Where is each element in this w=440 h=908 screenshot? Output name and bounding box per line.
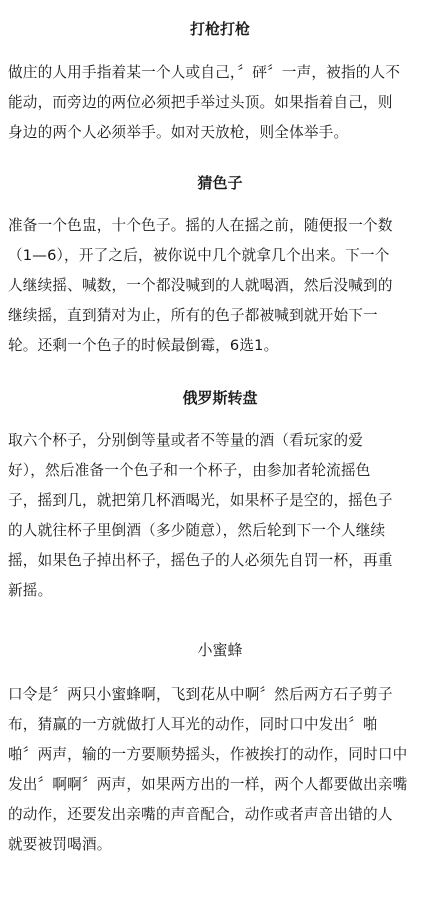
body-line: 子，摇到几，就把第几杯酒喝光，如果杯子是空的，摇色子	[8, 486, 438, 516]
section-title-shooting: 打枪打枪	[0, 19, 440, 39]
body-line: 的动作，还要发出亲嘴的声音配合，动作或者声音出错的人	[8, 800, 438, 830]
body-line: 布，猜赢的一方就做打人耳光的动作，同时口中发出〞啪	[8, 710, 438, 740]
body-line: 人继续摇、喊数，一个都没喊到的人就喝酒，然后没喊到的	[8, 271, 438, 301]
body-line: 准备一个色盅，十个色子。摇的人在摇之前，随便报一个数	[8, 211, 438, 241]
body-line: 口令是〞两只小蜜蜂啊，飞到花从中啊〞然后两方石子剪子	[8, 680, 438, 710]
body-line: 能动，而旁边的两位必须把手举过头顶。如果指着自己，则	[8, 88, 438, 118]
body-line: 啪〞两声，输的一方要顺势摇头，作被挨打的动作，同时口中	[8, 740, 438, 770]
section-body-little-bee: 口令是〞两只小蜜蜂啊，飞到花从中啊〞然后两方石子剪子 布，猜赢的一方就做打人耳光…	[8, 680, 438, 860]
body-line: 就要被罚喝酒。	[8, 830, 438, 860]
body-line: 继续摇，直到猜对为止，所有的色子都被喊到就开始下一	[8, 301, 438, 331]
body-line: 好），然后准备一个色子和一个杯子，由参加者轮流摇色	[8, 456, 438, 486]
section-body-guess-dice: 准备一个色盅，十个色子。摇的人在摇之前，随便报一个数 （1—6），开了之后，被你…	[8, 211, 438, 361]
body-line: 发出〞啊啊〞两声，如果两方出的一样，两个人都要做出亲嘴	[8, 770, 438, 800]
section-body-shooting: 做庄的人用手指着某一个人或自己，〞砰〞一声，被指的人不 能动，而旁边的两位必须把…	[8, 58, 438, 148]
section-title-guess-dice: 猜色子	[0, 173, 440, 193]
section-title-little-bee: 小蜜蜂	[0, 640, 440, 660]
body-line: （1—6），开了之后，被你说中几个就拿几个出来。下一个	[8, 241, 438, 271]
section-body-russian-roulette: 取六个杯子，分别倒等量或者不等量的酒（看玩家的爱 好），然后准备一个色子和一个杯…	[8, 426, 438, 606]
body-line: 取六个杯子，分别倒等量或者不等量的酒（看玩家的爱	[8, 426, 438, 456]
body-line: 轮。还剩一个色子的时候最倒霉，6选1。	[8, 331, 438, 361]
body-line: 的人就往杯子里倒酒（多少随意），然后轮到下一个人继续	[8, 516, 438, 546]
body-line: 摇，如果色子掉出杯子，摇色子的人必须先自罚一杯，再重	[8, 546, 438, 576]
body-line: 做庄的人用手指着某一个人或自己，〞砰〞一声，被指的人不	[8, 58, 438, 88]
section-title-russian-roulette: 俄罗斯转盘	[0, 388, 440, 408]
body-line: 身边的两个人必须举手。如对天放枪，则全体举手。	[8, 118, 438, 148]
body-line: 新摇。	[8, 576, 438, 606]
